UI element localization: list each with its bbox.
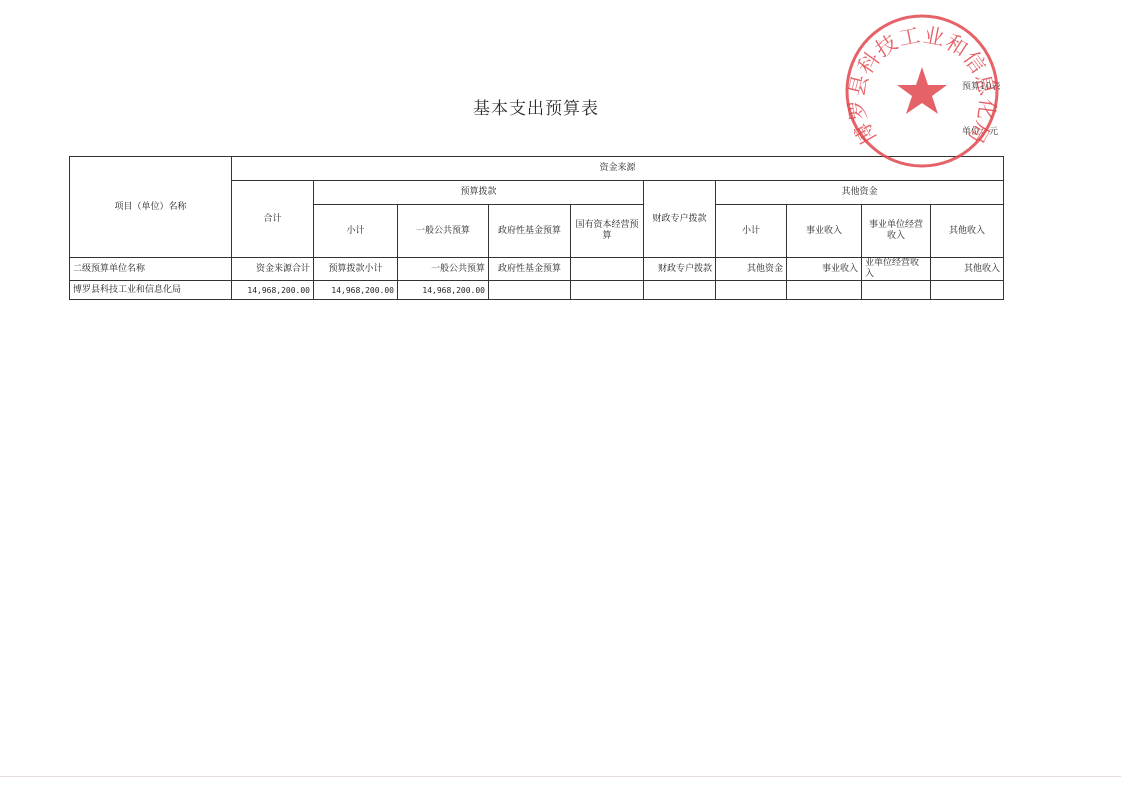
page-edge-divider	[0, 776, 1121, 777]
field-cell: 政府性基金预算	[489, 258, 571, 281]
field-cell: 财政专户拨款	[644, 258, 716, 281]
field-cell: 事业收入	[787, 258, 862, 281]
table-row: 博罗县科技工业和信息化局 14,968,200.00 14,968,200.00…	[70, 281, 1004, 300]
header-total: 合计	[232, 181, 314, 258]
field-cell: 业单位经营收入	[862, 258, 931, 281]
field-cell	[571, 258, 644, 281]
field-cell: 一般公共预算	[398, 258, 489, 281]
header-other-funds: 其他资金	[716, 181, 1004, 205]
row-general-public-budget: 14,968,200.00	[398, 281, 489, 300]
header-business-income: 事业收入	[787, 205, 862, 258]
row-state-capital-budget	[571, 281, 644, 300]
row-unit-name: 博罗县科技工业和信息化局	[70, 281, 232, 300]
header-state-capital-budget: 国有资本经营预算	[571, 205, 644, 258]
row-business-unit-operating-income	[862, 281, 931, 300]
field-row: 二级预算单位名称 资金来源合计 预算拨款小计 一般公共预算 政府性基金预算 财政…	[70, 258, 1004, 281]
field-cell: 预算拨款小计	[314, 258, 398, 281]
field-cell: 资金来源合计	[232, 258, 314, 281]
header-other-income: 其他收入	[931, 205, 1004, 258]
unit-label: 单位：元	[962, 124, 998, 137]
header-government-fund-budget: 政府性基金预算	[489, 205, 571, 258]
header-other-subtotal: 小计	[716, 205, 787, 258]
field-cell: 二级预算单位名称	[70, 258, 232, 281]
row-total: 14,968,200.00	[232, 281, 314, 300]
field-cell: 其他收入	[931, 258, 1004, 281]
header-general-public-budget: 一般公共预算	[398, 205, 489, 258]
header-funding-source: 资金来源	[232, 157, 1004, 181]
form-number: 预算10表	[962, 79, 1000, 92]
field-cell: 其他资金	[716, 258, 787, 281]
row-budget-subtotal: 14,968,200.00	[314, 281, 398, 300]
row-business-income	[787, 281, 862, 300]
row-fiscal-special-account	[644, 281, 716, 300]
header-business-unit-operating-income: 事业单位经营收入	[862, 205, 931, 258]
header-fiscal-special-account: 财政专户拨款	[644, 181, 716, 258]
header-budget-allocation: 预算拨款	[314, 181, 644, 205]
page-title: 基本支出预算表	[0, 94, 1072, 119]
budget-table: 项目（单位）名称 资金来源 合计 预算拨款 财政专户拨款 其他资金 小计 一般公…	[69, 156, 1004, 300]
row-other-income	[931, 281, 1004, 300]
row-other-subtotal	[716, 281, 787, 300]
header-subtotal: 小计	[314, 205, 398, 258]
header-project-name: 项目（单位）名称	[70, 157, 232, 258]
row-government-fund-budget	[489, 281, 571, 300]
